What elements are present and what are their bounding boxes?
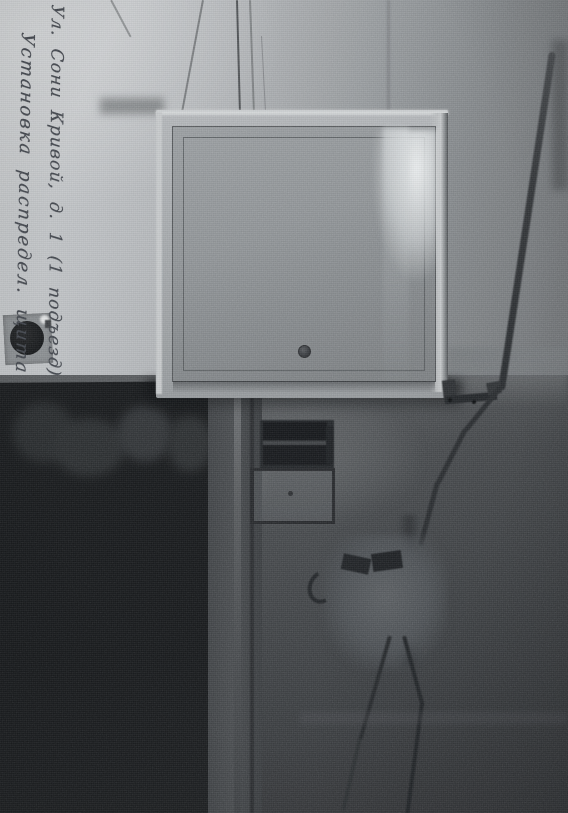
bracket-bolt: [472, 400, 476, 404]
door-frame-shadow-line: [250, 383, 254, 813]
junction-box-outline: [250, 468, 335, 524]
switch-bar: [263, 422, 327, 440]
junction-box-screw: [288, 491, 293, 496]
wallpaper-pattern: [53, 418, 125, 477]
switch-side: [326, 426, 334, 464]
doorway-floor-shading: [0, 655, 214, 813]
wallpaper-pattern: [167, 415, 213, 471]
old-switch-device: [260, 420, 334, 470]
door-lock-knob: [298, 345, 311, 358]
wall-faint-band: [300, 712, 568, 724]
cabinet-door: [172, 126, 436, 382]
cabinet-top-highlight: [156, 110, 448, 115]
wall-seam-line: [387, 0, 390, 118]
cabinet-left-edge: [156, 112, 162, 394]
bracket-bolt: [448, 398, 452, 402]
wallpaper-pattern: [117, 406, 173, 462]
scanned-photo: Ул. Сони Кривой, д. 1 (1 подъезд) Устано…: [0, 0, 568, 813]
switch-bar: [263, 445, 331, 465]
light-reflection-band: [383, 127, 409, 381]
dark-doorway: [0, 381, 214, 813]
distribution-cabinet: [156, 110, 448, 398]
wall-smudge: [100, 98, 164, 114]
handwritten-address: Ул. Сони Кривой, д. 1 (1 подъезд): [44, 4, 67, 378]
door-recess-shadow: [173, 381, 435, 393]
door-frame-highlight: [234, 383, 241, 813]
